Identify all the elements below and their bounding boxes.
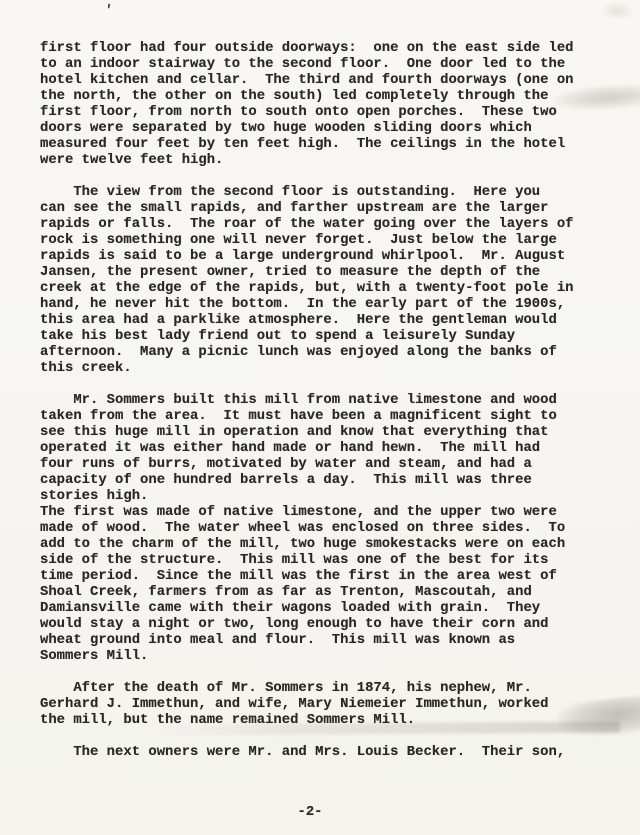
paragraph-mill-construction: Mr. Sommers built this mill from native … [40, 392, 605, 664]
typewritten-document-page: ' first floor had four outside doorways:… [0, 0, 640, 835]
paragraph-second-floor-view: The view from the second floor is outsta… [40, 184, 605, 376]
paragraph-immethun-owners: After the death of Mr. Sommers in 1874, … [40, 680, 605, 728]
page-text: first floor had four outside doorways: o… [40, 40, 605, 776]
paragraph-doorways: first floor had four outside doorways: o… [40, 40, 605, 168]
stray-ink-mark: ' [103, 2, 114, 19]
paragraph-becker-owners: The next owners were Mr. and Mrs. Louis … [40, 744, 605, 760]
scan-smudge-top-corner [600, 2, 634, 20]
page-number: -2- [0, 804, 620, 820]
